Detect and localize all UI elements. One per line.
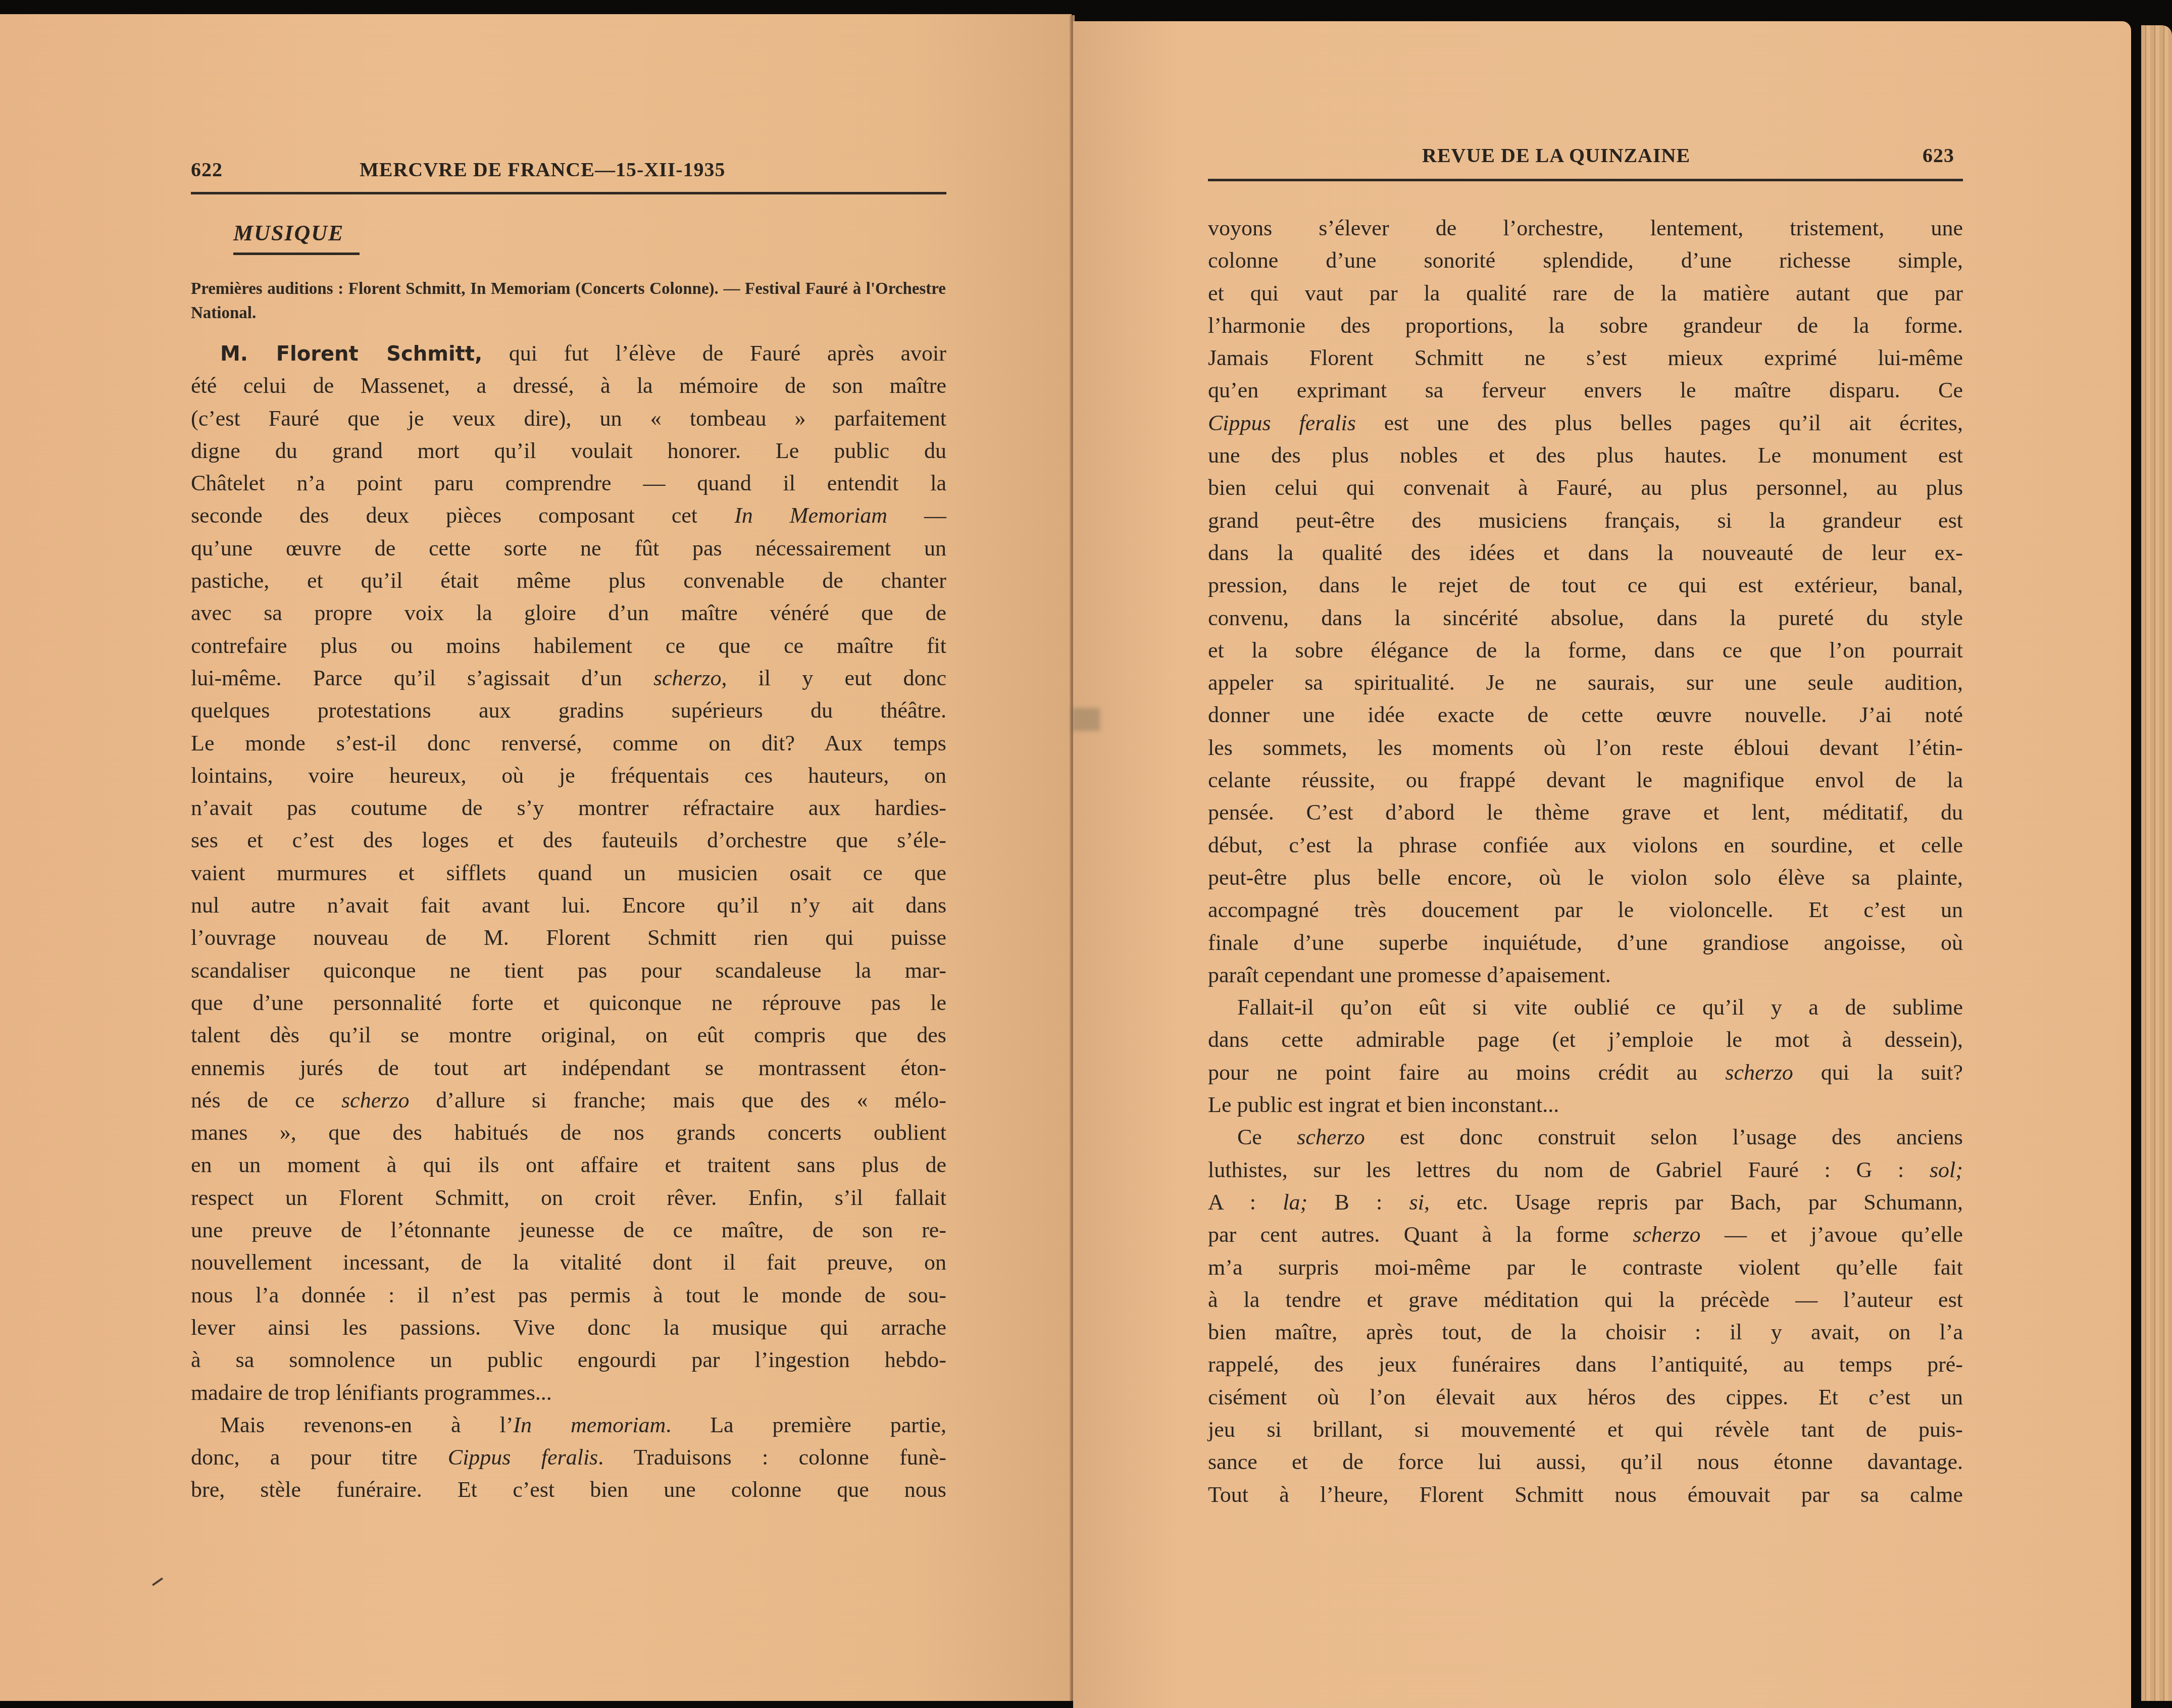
text-line: manes », que des habitués de nos grands … (191, 1117, 946, 1149)
page-edges (2141, 25, 2172, 1701)
text-run: colonne d’une sonorité splendide, d’une … (1208, 248, 1963, 273)
text-line: quelques protestations aux gradins supér… (191, 694, 946, 727)
text-line: bien maître, après tout, de la choisir :… (1208, 1316, 1963, 1348)
text-line: dans cette admirable page (et j’emploie … (1208, 1024, 1963, 1056)
body-text: M. Florent Schmitt, qui fut l’élève de F… (191, 337, 946, 1506)
smudge (1072, 708, 1100, 731)
text-run: quelques protestations aux gradins supér… (191, 698, 946, 723)
text-run: convenu, dans la sincérité absolue, dans… (1208, 606, 1963, 630)
section-summary: Premières auditions : Florent Schmitt, I… (191, 277, 946, 325)
text-line: donner une idée exacte de cette œuvre no… (1208, 699, 1963, 731)
text-run: par cent autres. Quant à la forme (1208, 1222, 1633, 1247)
text-line: pensée. C’est d’abord le thème grave et … (1208, 796, 1963, 829)
text-line: Mais revenons-en à l’In memoriam. La pre… (191, 1409, 946, 1441)
text-run: donc, a pour titre (191, 1445, 448, 1470)
section-title-underline (233, 253, 360, 255)
text-run: les sommets, les moments où l’on reste é… (1208, 735, 1963, 760)
text-line: été celui de Massenet, a dressé, à la mé… (191, 370, 946, 402)
italic-text: scherzo (341, 1088, 409, 1113)
text-line: bien celui qui convenait à Fauré, au plu… (1208, 472, 1963, 504)
text-run: n’avait pas coutume de s’y montrer réfra… (191, 795, 946, 820)
text-run: Le monde s’est-il donc renversé, comme o… (191, 731, 946, 756)
text-line: celante réussite, ou frappé devant le ma… (1208, 764, 1963, 796)
text-run: et qui vaut par la qualité rare de la ma… (1208, 281, 1963, 306)
text-run: lui-même. Parce qu’il s’agissait d’un (191, 666, 653, 690)
running-head: REVUE DE LA QUINZAINE (1422, 143, 1690, 167)
text-line: convenu, dans la sincérité absolue, dans… (1208, 602, 1963, 634)
text-run: celante réussite, ou frappé devant le ma… (1208, 768, 1963, 792)
italic-text: In Memoriam (734, 503, 887, 528)
text-run: , il y eut donc (721, 666, 946, 690)
text-run: vaient murmures et sifflets quand un mus… (191, 861, 946, 885)
text-run: Tout à l’heure, Florent Schmitt nous émo… (1208, 1482, 1963, 1507)
text-run: nouvellement incessant, de la vitalité d… (191, 1250, 946, 1275)
text-run: qui la suit? (1793, 1060, 1963, 1085)
summary-text: Premières auditions : Florent Schmitt, I… (191, 280, 946, 322)
text-line: n’avait pas coutume de s’y montrer réfra… (191, 792, 946, 824)
text-run: nés de ce (191, 1088, 341, 1113)
header-rule (1208, 179, 1963, 181)
text-run: — (887, 503, 946, 528)
text-run: voyons s’élever de l’orchestre, lentemen… (1208, 216, 1963, 240)
italic-text: scherzo (653, 666, 721, 690)
text-line: peut-être plus belle encore, où le violo… (1208, 862, 1963, 894)
text-run: respect un Florent Schmitt, on croit rêv… (191, 1185, 946, 1210)
text-run: qui fut l’élève de Fauré après avoir (482, 341, 946, 366)
text-run: une preuve de l’étonnante jeunesse de ce… (191, 1218, 946, 1242)
text-line: dans la qualité des idées et dans la nou… (1208, 537, 1963, 569)
text-line: une des plus nobles et des plus hautes. … (1208, 439, 1963, 472)
text-run: dans la qualité des idées et dans la nou… (1208, 540, 1963, 565)
text-line: qu’une œuvre de cette sorte ne fût pas n… (191, 532, 946, 565)
text-run: Jamais Florent Schmitt ne s’est mieux ex… (1208, 345, 1963, 370)
text-run: madaire de trop lénifiants programmes... (191, 1380, 552, 1405)
text-run: paraît cependant une promesse d’apaiseme… (1208, 963, 1611, 987)
text-line: nouvellement incessant, de la vitalité d… (191, 1246, 946, 1279)
text-line: pression, dans le rejet de tout ce qui e… (1208, 569, 1963, 601)
text-line: par cent autres. Quant à la forme scherz… (1208, 1219, 1963, 1251)
text-line: à sa somnolence un public engourdi par l… (191, 1344, 946, 1376)
text-line: appeler sa spiritualité. Je ne saurais, … (1208, 667, 1963, 699)
text-line: et la sobre élégance de la forme, dans c… (1208, 634, 1963, 667)
text-run: (c’est Fauré que je veux dire), un « tom… (191, 406, 946, 431)
text-line: (c’est Fauré que je veux dire), un « tom… (191, 403, 946, 435)
text-line: début, c’est la phrase confiée aux violo… (1208, 829, 1963, 862)
body-text: voyons s’élever de l’orchestre, lentemen… (1208, 212, 1963, 1511)
text-run: . Traduisons : colonne funè- (598, 1445, 946, 1470)
text-line: scandaliser quiconque ne tient pas pour … (191, 955, 946, 987)
section-title: MUSIQUE (233, 220, 344, 246)
text-line: Tout à l’heure, Florent Schmitt nous émo… (1208, 1479, 1963, 1511)
text-run: accompagné très doucement par le violonc… (1208, 897, 1963, 922)
text-run: dans cette admirable page (et j’emploie … (1208, 1027, 1963, 1052)
italic-text: In memoriam (513, 1413, 666, 1437)
text-line: seconde des deux pièces composant cet In… (191, 499, 946, 532)
italic-text: scherzo (1297, 1125, 1365, 1149)
italic-text: scherzo (1725, 1060, 1793, 1085)
text-line: en un moment à qui ils ont affaire et tr… (191, 1149, 946, 1181)
text-run: ses et c’est des loges et des fauteuils … (191, 828, 946, 852)
text-run: bre, stèle funéraire. Et c’est bien une … (191, 1477, 946, 1502)
text-line: M. Florent Schmitt, qui fut l’élève de F… (191, 337, 946, 370)
text-run: avec sa propre voix la gloire d’un maîtr… (191, 600, 946, 625)
text-run: une des plus nobles et des plus hautes. … (1208, 443, 1963, 468)
text-run: et la sobre élégance de la forme, dans c… (1208, 638, 1963, 663)
text-run: Le public est ingrat et bien inconstant.… (1208, 1092, 1559, 1117)
text-line: nul autre n’avait fait avant lui. Encore… (191, 889, 946, 922)
text-run: talent dès qu’il se montre original, on … (191, 1023, 946, 1047)
text-run: lever ainsi les passions. Vive donc la m… (191, 1315, 946, 1340)
page-number: 623 (1923, 143, 1954, 167)
text-line: finale d’une superbe inquiétude, d’une g… (1208, 927, 1963, 959)
text-run: Ce (1237, 1125, 1297, 1149)
text-run: ennemis jurés de tout art indépendant se… (191, 1056, 946, 1080)
text-line: jeu si brillant, si mouvementé et qui ré… (1208, 1414, 1963, 1446)
text-run: scandaliser quiconque ne tient pas pour … (191, 958, 946, 983)
text-line: Châtelet n’a point paru comprendre — qua… (191, 467, 946, 499)
text-run: l’ouvrage nouveau de M. Florent Schmitt … (191, 925, 946, 950)
page-number: 622 (191, 158, 223, 181)
text-line: donc, a pour titre Cippus feralis. Tradu… (191, 1441, 946, 1474)
text-line: bre, stèle funéraire. Et c’est bien une … (191, 1474, 946, 1506)
left-page: 622 MERCVRE DE FRANCE—15-XII-1935 MUSIQU… (0, 14, 1072, 1701)
text-line: pour ne point faire au moins crédit au s… (1208, 1057, 1963, 1089)
text-line: l’harmonie des proportions, la sobre gra… (1208, 310, 1963, 342)
text-line: respect un Florent Schmitt, on croit rêv… (191, 1182, 946, 1214)
text-line: que d’une personnalité forte et quiconqu… (191, 987, 946, 1019)
text-run: bien celui qui convenait à Fauré, au plu… (1208, 475, 1963, 500)
text-run: luthistes, sur les lettres du nom de Gab… (1208, 1158, 1930, 1182)
text-run: lointains, voire heureux, où je fréquent… (191, 763, 946, 788)
text-run: digne du grand mort qu’il voulait honore… (191, 438, 946, 463)
text-line: Fallait-il qu’on eût si vite oublié ce q… (1208, 991, 1963, 1024)
text-run: d’allure si franche; mais que des « mélo… (409, 1088, 946, 1113)
text-run: Mais revenons-en à l’ (220, 1413, 513, 1437)
text-line: l’ouvrage nouveau de M. Florent Schmitt … (191, 922, 946, 954)
text-line: lointains, voire heureux, où je fréquent… (191, 760, 946, 792)
text-run: en un moment à qui ils ont affaire et tr… (191, 1152, 946, 1177)
text-run: est une des plus belles pages qu’il ait … (1356, 411, 1963, 435)
text-run: Fallait-il qu’on eût si vite oublié ce q… (1237, 995, 1963, 1020)
text-line: cisément où l’on élevait aux héros des c… (1208, 1381, 1963, 1414)
text-run: pastiche, et qu’il était même plus conve… (191, 568, 946, 593)
italic-text: si (1409, 1190, 1424, 1215)
text-run: cisément où l’on élevait aux héros des c… (1208, 1385, 1963, 1410)
text-run: sance et de force lui aussi, qu’il nous … (1208, 1449, 1963, 1474)
text-run: B : (1307, 1190, 1409, 1215)
text-run: pression, dans le rejet de tout ce qui e… (1208, 573, 1963, 597)
text-run: seconde des deux pièces composant cet (191, 503, 734, 528)
running-head: MERCVRE DE FRANCE—15-XII-1935 (360, 158, 726, 181)
text-line: Ce scherzo est donc construit selon l’us… (1208, 1121, 1963, 1153)
text-line: lever ainsi les passions. Vive donc la m… (191, 1312, 946, 1344)
text-run: nul autre n’avait fait avant lui. Encore… (191, 893, 946, 918)
text-run: été celui de Massenet, a dressé, à la mé… (191, 373, 946, 398)
text-line: A : la; B : si, etc. Usage repris par Ba… (1208, 1186, 1963, 1219)
text-line: à la tendre et grave méditation qui la p… (1208, 1284, 1963, 1316)
text-line: et qui vaut par la qualité rare de la ma… (1208, 277, 1963, 310)
text-line: luthistes, sur les lettres du nom de Gab… (1208, 1154, 1963, 1186)
text-run: donner une idée exacte de cette œuvre no… (1208, 702, 1963, 727)
text-line: grand peut-être des musiciens français, … (1208, 505, 1963, 537)
text-run: nous l’a donnée : il n’est pas permis à … (191, 1283, 946, 1308)
text-run: est donc construit selon l’usage des anc… (1365, 1125, 1963, 1149)
right-page: REVUE DE LA QUINZAINE 623 voyons s’éleve… (1073, 21, 2131, 1701)
bold-text: M. Florent Schmitt, (220, 342, 482, 366)
text-run: début, c’est la phrase confiée aux violo… (1208, 833, 1963, 858)
text-line: talent dès qu’il se montre original, on … (191, 1019, 946, 1051)
text-line: vaient murmures et sifflets quand un mus… (191, 857, 946, 889)
text-line: Cippus feralis est une des plus belles p… (1208, 407, 1963, 439)
italic-text: sol; (1930, 1158, 1963, 1182)
italic-text: la; (1283, 1190, 1307, 1215)
book-spread: 622 MERCVRE DE FRANCE—15-XII-1935 MUSIQU… (0, 0, 2172, 1701)
italic-text: Cippus feralis (1208, 411, 1356, 435)
text-run: finale d’une superbe inquiétude, d’une g… (1208, 930, 1963, 955)
header-rule (191, 192, 946, 194)
text-line: sance et de force lui aussi, qu’il nous … (1208, 1446, 1963, 1478)
text-line: contrefaire plus ou moins habilement ce … (191, 630, 946, 662)
text-line: pastiche, et qu’il était même plus conve… (191, 565, 946, 597)
text-run: bien maître, après tout, de la choisir :… (1208, 1320, 1963, 1344)
text-line: Le monde s’est-il donc renversé, comme o… (191, 727, 946, 760)
text-run: que d’une personnalité forte et quiconqu… (191, 990, 946, 1015)
text-run: qu’une œuvre de cette sorte ne fût pas n… (191, 536, 946, 561)
text-line: rappelé, des jeux funéraires dans l’anti… (1208, 1348, 1963, 1381)
text-run: rappelé, des jeux funéraires dans l’anti… (1208, 1352, 1963, 1377)
text-run: qu’en exprimant sa ferveur envers le maî… (1208, 378, 1963, 403)
text-run: — et j’avoue qu’elle (1701, 1222, 1963, 1247)
text-run: A : (1208, 1190, 1283, 1215)
text-run: peut-être plus belle encore, où le violo… (1208, 865, 1963, 890)
text-run: à sa somnolence un public engourdi par l… (191, 1347, 946, 1372)
text-line: voyons s’élever de l’orchestre, lentemen… (1208, 212, 1963, 244)
text-line: nés de ce scherzo d’allure si franche; m… (191, 1084, 946, 1117)
text-run: l’harmonie des proportions, la sobre gra… (1208, 313, 1963, 338)
text-run: grand peut-être des musiciens français, … (1208, 508, 1963, 533)
text-run: jeu si brillant, si mouvementé et qui ré… (1208, 1417, 1963, 1442)
text-run: manes », que des habitués de nos grands … (191, 1120, 946, 1145)
italic-text: scherzo (1633, 1222, 1700, 1247)
text-run: . La première partie, (666, 1413, 946, 1437)
text-line: ses et c’est des loges et des fauteuils … (191, 824, 946, 857)
text-line: accompagné très doucement par le violonc… (1208, 894, 1963, 926)
text-line: nous l’a donnée : il n’est pas permis à … (191, 1279, 946, 1312)
text-line: Jamais Florent Schmitt ne s’est mieux ex… (1208, 342, 1963, 374)
text-run: , etc. Usage repris par Bach, par Schuma… (1424, 1190, 1963, 1215)
text-line: les sommets, les moments où l’on reste é… (1208, 732, 1963, 764)
text-run: à la tendre et grave méditation qui la p… (1208, 1287, 1963, 1312)
text-line: digne du grand mort qu’il voulait honore… (191, 435, 946, 467)
text-line: une preuve de l’étonnante jeunesse de ce… (191, 1214, 946, 1246)
text-line: m’a surpris moi-même par le contraste vi… (1208, 1251, 1963, 1284)
text-line: Le public est ingrat et bien inconstant.… (1208, 1089, 1963, 1121)
text-run: contrefaire plus ou moins habilement ce … (191, 633, 946, 658)
text-run: m’a surpris moi-même par le contraste vi… (1208, 1255, 1963, 1280)
ink-mark (152, 1577, 163, 1586)
text-line: paraît cependant une promesse d’apaiseme… (1208, 959, 1963, 991)
text-line: qu’en exprimant sa ferveur envers le maî… (1208, 374, 1963, 407)
text-run: appeler sa spiritualité. Je ne saurais, … (1208, 670, 1963, 695)
text-run: Châtelet n’a point paru comprendre — qua… (191, 471, 946, 495)
text-line: madaire de trop lénifiants programmes... (191, 1377, 946, 1409)
text-line: ennemis jurés de tout art indépendant se… (191, 1052, 946, 1084)
text-line: colonne d’une sonorité splendide, d’une … (1208, 244, 1963, 277)
italic-text: Cippus feralis (448, 1445, 598, 1470)
text-line: avec sa propre voix la gloire d’un maîtr… (191, 597, 946, 629)
text-run: pensée. C’est d’abord le thème grave et … (1208, 800, 1963, 825)
text-run: pour ne point faire au moins crédit au (1208, 1060, 1725, 1085)
text-line: lui-même. Parce qu’il s’agissait d’un sc… (191, 662, 946, 694)
